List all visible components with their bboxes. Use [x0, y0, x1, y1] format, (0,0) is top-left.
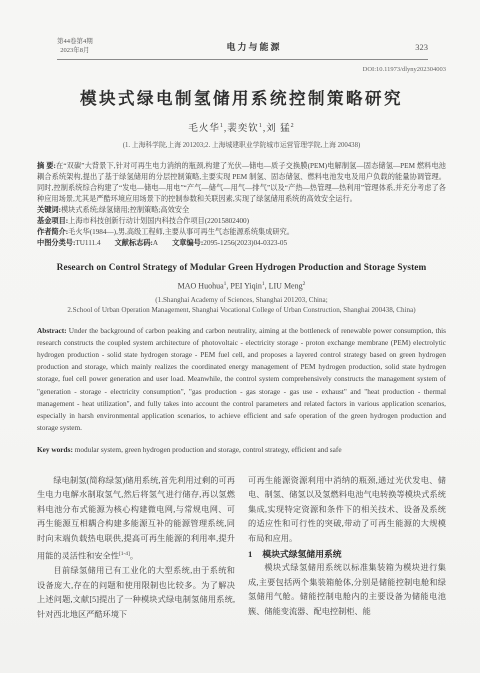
journal-name: 电力与能源 — [226, 40, 281, 53]
section-number: 1 — [248, 549, 252, 559]
abstract-label-en: Abstract: — [37, 326, 67, 335]
paragraph-text: 绿电制氢(简称绿氢)储用系统,首先利用过剩的可再生电力电解水制取氢气,然后将氢气… — [37, 476, 235, 561]
fund-line: 基金项目:上海市科技创新行动计划国内科技合作项目(22015802400) — [37, 216, 446, 227]
body-paragraph: 绿电制氢(简称绿氢)储用系统,首先利用过剩的可再生电力电解水制取氢气,然后将氢气… — [37, 474, 235, 564]
affiliation-en: (1.Shanghai Academy of Sciences, Shangha… — [37, 295, 446, 315]
fund-text: 上海市科技创新行动计划国内科技合作项目(22015802400) — [68, 217, 249, 225]
journal-header: 第44卷第4期 2023年8月 电力与能源 323 — [57, 38, 428, 55]
keywords-zh: 关键词:模块式系统;绿氢储用;控制策略;高效安全 — [37, 205, 446, 216]
body-paragraph: 目前绿氢储用已有工业化的大型系统,由于系统和设备庞大,存在的问题和使用限制也比较… — [37, 564, 235, 622]
meta-block: 摘 要:在“双碳”大背景下,针对可再生电力消纳的瓶颈,构建了光伏—储电—质子交换… — [37, 161, 446, 249]
author-en-2: PEI Yiqin — [230, 282, 261, 291]
keywords-label-zh: 关键词: — [37, 206, 61, 214]
article-no-label: 文章编号: — [172, 239, 203, 247]
volume-issue: 第44卷第4期 2023年8月 — [57, 38, 93, 55]
author-en-1: MAO Huohua — [178, 282, 224, 291]
body-paragraph: 可再生能源资源利用中消纳的瓶颈,通过光伏发电、储电、制氢、储氢以及氢燃料电池气电… — [248, 474, 446, 547]
header-rule — [57, 59, 428, 60]
section-heading-1: 1模块式绿氢储用系统 — [248, 547, 446, 562]
article-no-segment: 文章编号:2095-1256(2023)04-0323-05 — [172, 239, 287, 247]
authors-en: MAO Huohua1, PEI Yiqin1, LIU Meng2 — [37, 281, 446, 291]
abstract-text-zh: 在“双碳”大背景下,针对可再生电力消纳的瓶颈,构建了光伏—储电—质子交换膜(PE… — [37, 162, 446, 203]
volume-line: 第44卷第4期 — [57, 38, 93, 47]
keywords-en: Key words: modular system, green hydroge… — [37, 444, 446, 456]
affiliation-en-line2: 2.School of Urban Operation Management, … — [37, 305, 446, 315]
abstract-en: Abstract: Under the background of carbon… — [37, 325, 446, 435]
article-no-value: 2095-1256(2023)04-0323-05 — [203, 239, 287, 247]
section-title: 模块式绿氢储用系统 — [262, 549, 341, 559]
body-columns: 绿电制氢(简称绿氢)储用系统,首先利用过剩的可再生电力电解水制取氢气,然后将氢气… — [37, 474, 446, 623]
article-title-en: Research on Control Strategy of Modular … — [37, 263, 446, 273]
author-zh-2: 裴奕钦 — [227, 124, 259, 134]
date-line: 2023年8月 — [57, 47, 93, 56]
body-column-right: 可再生能源资源利用中消纳的瓶颈,通过光伏发电、储电、制氢、储氢以及氢燃料电池气电… — [248, 474, 446, 623]
author-en-3-affmark: 2 — [303, 281, 306, 287]
page-number: 323 — [415, 42, 428, 52]
author-bio-line: 作者简介:毛火华(1984—),男,高级工程师,主要从事可再生气态能源系统集成研… — [37, 227, 446, 238]
bio-label: 作者简介: — [37, 228, 68, 236]
bio-text: 毛火华(1984—),男,高级工程师,主要从事可再生气态能源系统集成研究。 — [68, 228, 294, 236]
citation-ref-1-4: [1-4] — [119, 551, 130, 557]
authors-zh: 毛火华1,裴奕钦1,刘 猛2 — [37, 120, 446, 134]
affiliation-zh: (1. 上海科学院,上海 201203;2. 上海城建职业学院城市运营管理学院,… — [37, 139, 446, 149]
body-column-left: 绿电制氢(简称绿氢)储用系统,首先利用过剩的可再生电力电解水制取氢气,然后将氢气… — [37, 474, 235, 623]
affiliation-en-line1: (1.Shanghai Academy of Sciences, Shangha… — [37, 295, 446, 305]
doi: DOI:10.11973/dlyny202304003 — [37, 66, 446, 73]
fund-label: 基金项目: — [37, 217, 68, 225]
author-zh-1: 毛火华 — [188, 124, 220, 134]
classification-line: 中图分类号:TU111.4文献标志码:A文章编号:2095-1256(2023)… — [37, 238, 446, 249]
author-en-3: LIU Meng — [269, 282, 303, 291]
abstract-label-zh: 摘 要: — [37, 162, 56, 170]
author-zh-3: 刘 猛 — [266, 124, 290, 134]
keywords-text-zh: 模块式系统;绿氢储用;控制策略;高效安全 — [61, 206, 189, 214]
abstract-text-en: Under the background of carbon peaking a… — [37, 326, 446, 433]
author-zh-3-affmark: 2 — [291, 123, 295, 129]
body-paragraph: 模块式绿氢储用系统以标准集装箱为模块进行集成,主要包括两个集装箱舱体,分别是储能… — [248, 561, 446, 619]
paragraph-text: 。 — [130, 551, 138, 560]
doc-code-value: A — [153, 239, 158, 247]
paper-page: 第44卷第4期 2023年8月 电力与能源 323 DOI:10.11973/d… — [0, 0, 480, 673]
keywords-text-en: modular system, green hydrogen productio… — [73, 445, 342, 454]
article-title-zh: 模块式绿电制氢储用系统控制策略研究 — [37, 85, 446, 109]
keywords-label-en: Key words: — [37, 445, 73, 454]
doc-code-segment: 文献标志码:A — [115, 239, 159, 247]
clc-value: TU111.4 — [75, 239, 100, 247]
clc-segment: 中图分类号:TU111.4 — [37, 239, 101, 247]
abstract-zh: 摘 要:在“双碳”大背景下,针对可再生电力消纳的瓶颈,构建了光伏—储电—质子交换… — [37, 161, 446, 205]
clc-label: 中图分类号: — [37, 239, 75, 247]
doc-code-label: 文献标志码: — [115, 239, 153, 247]
